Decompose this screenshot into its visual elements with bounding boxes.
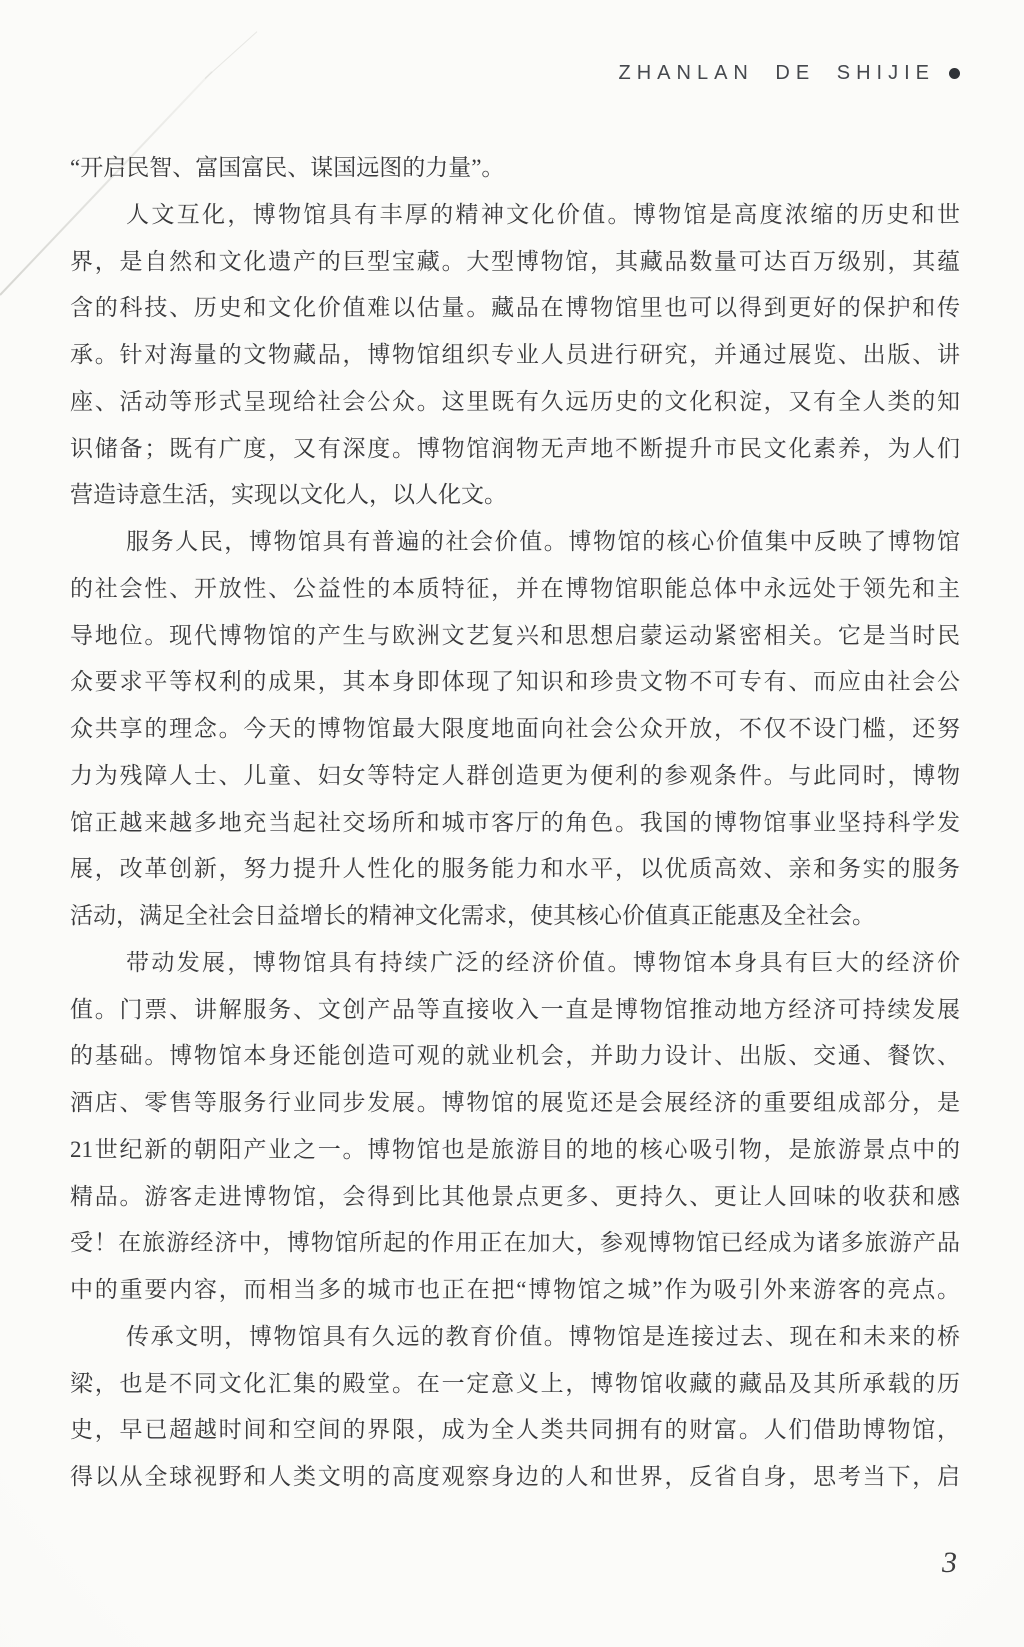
running-header: ZHANLAN DE SHIJIE <box>619 62 960 85</box>
body-line: 值。门票、讲解服务、文创产品等直接收入一直是博物馆推动地方经济可持续发展 <box>70 987 960 1034</box>
body-line: 营造诗意生活，实现以文化人，以人化文。 <box>70 472 960 519</box>
body-line: 力为残障人士、儿童、妇女等特定人群创造更为便利的参观条件。与此同时，博物 <box>70 753 960 800</box>
body-line: 展，改革创新，努力提升人性化的服务能力和水平，以优质高效、亲和务实的服务 <box>70 846 960 893</box>
body-line: 梁，也是不同文化汇集的殿堂。在一定意义上，博物馆收藏的藏品及其所承载的历 <box>70 1361 960 1408</box>
body-line: 精品。游客走进博物馆，会得到比其他景点更多、更持久、更让人回味的收获和感 <box>70 1174 960 1221</box>
body-line: 导地位。现代博物馆的产生与欧洲文艺复兴和思想启蒙运动紧密相关。它是当时民 <box>70 613 960 660</box>
body-line: 座、活动等形式呈现给社会公众。这里既有久远历史的文化积淀，又有全人类的知 <box>70 379 960 426</box>
body-line: 史，早已超越时间和空间的界限，成为全人类共同拥有的财富。人们借助博物馆， <box>70 1407 960 1454</box>
body-line: 人文互化，博物馆具有丰厚的精神文化价值。博物馆是高度浓缩的历史和世 <box>70 192 960 239</box>
scan-crease-artifact-upper <box>205 31 258 79</box>
body-line: 21世纪新的朝阳产业之一。博物馆也是旅游目的地的核心吸引物，是旅游景点中的 <box>70 1127 960 1174</box>
body-line: 得以从全球视野和人类文明的高度观察身边的人和世界，反省自身，思考当下，启 <box>70 1454 960 1501</box>
body-line: 活动，满足全社会日益增长的精神文化需求，使其核心价值真正能惠及全社会。 <box>70 893 960 940</box>
body-line: 酒店、零售等服务行业同步发展。博物馆的展览还是会展经济的重要组成部分，是 <box>70 1080 960 1127</box>
body-line: 馆正越来越多地充当起社交场所和城市客厅的角色。我国的博物馆事业坚持科学发 <box>70 800 960 847</box>
bullet-dot-icon <box>949 68 960 79</box>
body-line: 众要求平等权利的成果，其本身即体现了知识和珍贵文物不可专有、而应由社会公 <box>70 659 960 706</box>
body-line: 承。针对海量的文物藏品，博物馆组织专业人员进行研究，并通过展览、出版、讲 <box>70 332 960 379</box>
body-line: 界，是自然和文化遗产的巨型宝藏。大型博物馆，其藏品数量可达百万级别，其蕴 <box>70 239 960 286</box>
body-line: 众共享的理念。今天的博物馆最大限度地面向社会公众开放，不仅不设门槛，还努 <box>70 706 960 753</box>
body-text: “开启民智、富国富民、谋国远图的力量”。人文互化，博物馆具有丰厚的精神文化价值。… <box>70 145 960 1501</box>
body-line: 含的科技、历史和文化价值难以估量。藏品在博物馆里也可以得到更好的保护和传 <box>70 285 960 332</box>
body-line: 带动发展，博物馆具有持续广泛的经济价值。博物馆本身具有巨大的经济价 <box>70 940 960 987</box>
body-line: 识储备；既有广度，又有深度。博物馆润物无声地不断提升市民文化素养，为人们 <box>70 426 960 473</box>
page-number: 3 <box>942 1546 957 1580</box>
running-header-title: ZHANLAN DE SHIJIE <box>619 62 935 85</box>
body-line: 传承文明，博物馆具有久远的教育价值。博物馆是连接过去、现在和未来的桥 <box>70 1314 960 1361</box>
scanned-book-page: ZHANLAN DE SHIJIE “开启民智、富国富民、谋国远图的力量”。人文… <box>0 0 1024 1647</box>
body-line: “开启民智、富国富民、谋国远图的力量”。 <box>70 145 960 192</box>
body-line: 的基础。博物馆本身还能创造可观的就业机会，并助力设计、出版、交通、餐饮、 <box>70 1033 960 1080</box>
body-line: 的社会性、开放性、公益性的本质特征，并在博物馆职能总体中永远处于领先和主 <box>70 566 960 613</box>
body-line: 服务人民，博物馆具有普遍的社会价值。博物馆的核心价值集中反映了博物馆 <box>70 519 960 566</box>
body-line: 中的重要内容，而相当多的城市也正在把“博物馆之城”作为吸引外来游客的亮点。 <box>70 1267 960 1314</box>
body-line: 受！在旅游经济中，博物馆所起的作用正在加大，参观博物馆已经成为诸多旅游产品 <box>70 1220 960 1267</box>
